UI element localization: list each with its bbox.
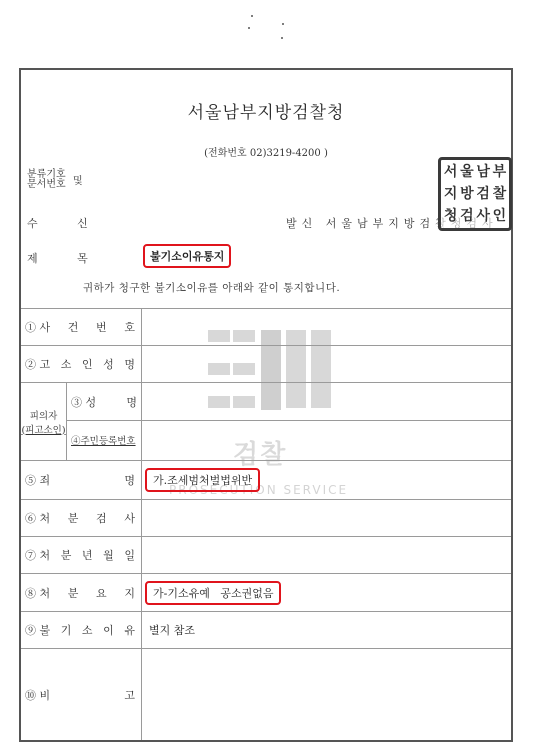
row-value: 가.조세범처벌법위반 xyxy=(141,461,511,499)
row-label: ⑨ 불기소이유 xyxy=(21,612,139,648)
suspect-group-label: 피의자(피고소인) xyxy=(21,382,67,460)
notice-document: 서울남부지방검찰청 (전화번호 02)3219-4200 ) 분류기호 문서번호… xyxy=(19,68,513,742)
row-label: ⑤ 죄명 xyxy=(21,461,139,499)
doc-number-and: 및 xyxy=(73,172,83,187)
doc-number-label: 분류기호 문서번호 xyxy=(27,170,67,190)
row-label: ① 사건번호 xyxy=(21,309,139,345)
row-value xyxy=(141,537,511,573)
seal-glyph: 검 xyxy=(476,184,491,205)
subject-label: 제 목 xyxy=(27,250,106,266)
seal-glyph: 지 xyxy=(443,184,458,205)
row-value xyxy=(141,309,511,345)
table-row: ⑥ 처분검사 xyxy=(21,499,511,536)
row-value xyxy=(141,346,511,382)
row-label: ⑧ 처분요지 xyxy=(21,574,139,611)
row-value xyxy=(141,649,511,740)
row-value xyxy=(141,420,511,460)
seal-glyph: 방 xyxy=(459,184,474,205)
row-label: ⑩ 비고 xyxy=(21,649,139,740)
notice-text: 귀하가 청구한 불기소이유를 아래와 같이 통지합니다. xyxy=(83,280,340,295)
table-row: ⑤ 죄명가.조세범처벌법위반 xyxy=(21,460,511,499)
subject-value: 불기소이유통지 xyxy=(143,244,231,268)
recipient-label: 수 신 xyxy=(27,215,106,231)
table-row: ③ 성명 xyxy=(21,382,511,420)
table-row: ① 사건번호 xyxy=(21,308,511,345)
seal-glyph: 부 xyxy=(492,162,507,183)
seal-glyph: 서 xyxy=(443,162,458,183)
scan-specks xyxy=(0,0,544,60)
seal-glyph: 인 xyxy=(492,205,507,226)
highlighted-value: 가.조세범처벌법위반 xyxy=(145,468,260,492)
row-label: ③ 성명 xyxy=(67,383,141,420)
seal-glyph: 사 xyxy=(476,205,491,226)
row-value: 가-기소유예 공소권없음 xyxy=(141,574,511,611)
official-seal: 서울남부지방검찰청검사인 xyxy=(438,157,512,231)
table-row: ⑦ 처분년월일 xyxy=(21,536,511,573)
table-row: ④주민등록번호 xyxy=(21,420,511,460)
table-row: ② 고소인성명 xyxy=(21,345,511,382)
highlighted-value: 가-기소유예 공소권없음 xyxy=(145,581,281,605)
row-label: ⑦ 처분년월일 xyxy=(21,537,139,573)
table-row: ⑨ 불기소이유별지 참조 xyxy=(21,611,511,648)
value-text: 별지 참조 xyxy=(149,622,195,638)
seal-glyph: 남 xyxy=(476,162,491,183)
seal-glyph: 검 xyxy=(459,205,474,226)
notice-table: 검찰 PROSECUTION SERVICE ① 사건번호② 고소인성명③ 성명… xyxy=(21,308,511,740)
row-value xyxy=(141,500,511,536)
phone-number: (전화번호 02)3219-4200 ) xyxy=(21,144,511,159)
table-row: ⑩ 비고 xyxy=(21,648,511,740)
row-value: 별지 참조 xyxy=(141,612,511,648)
seal-glyph: 울 xyxy=(459,162,474,183)
seal-glyph: 청 xyxy=(443,205,458,226)
table-row: ⑧ 처분요지가-기소유예 공소권없음 xyxy=(21,573,511,611)
row-label: ② 고소인성명 xyxy=(21,346,139,382)
agency-title: 서울남부지방검찰청 xyxy=(21,98,511,123)
row-label: ④주민등록번호 xyxy=(67,420,141,460)
row-value xyxy=(141,383,511,420)
row-label: ⑥ 처분검사 xyxy=(21,500,139,536)
seal-glyph: 찰 xyxy=(492,184,507,205)
